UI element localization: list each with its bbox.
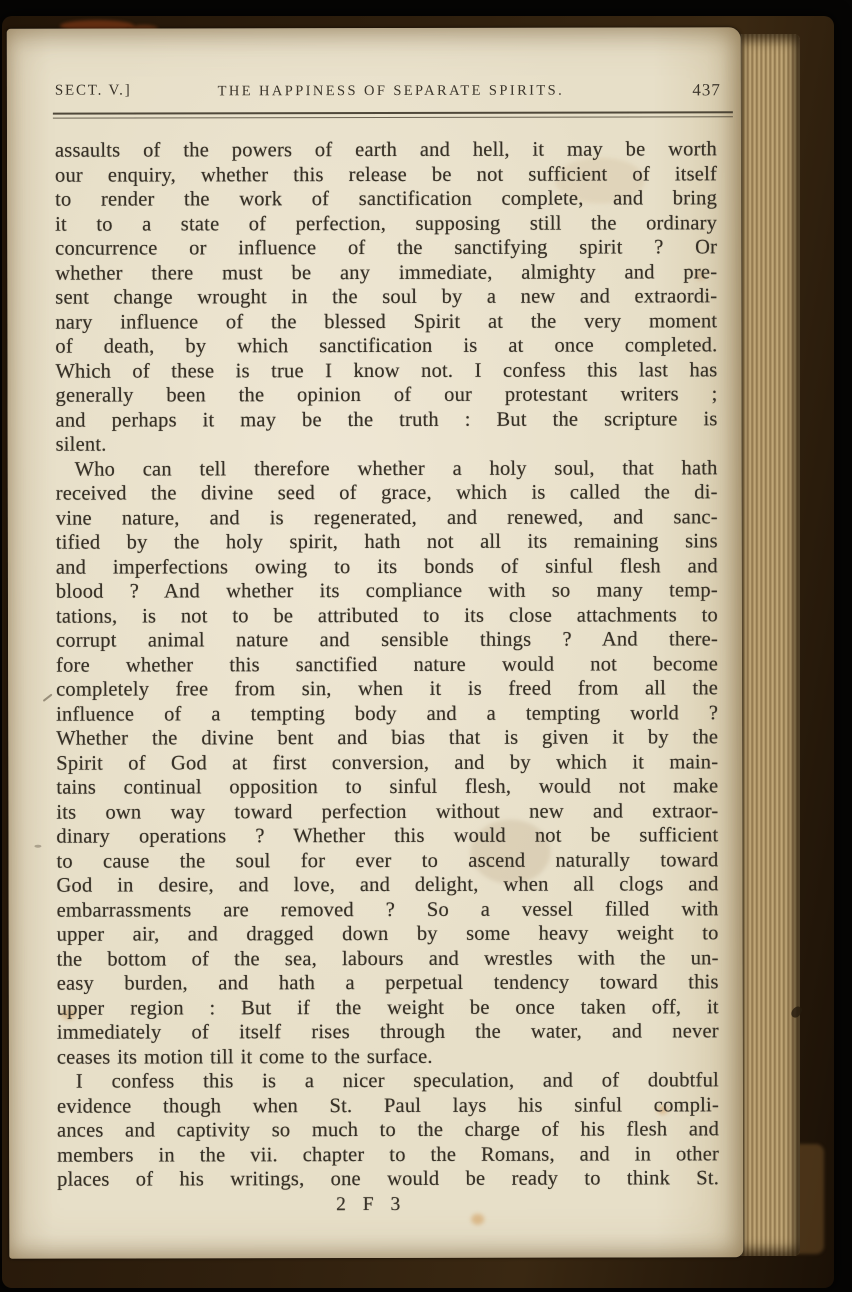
text-line: members in the vii. chapter to the Roman… [57, 1142, 719, 1168]
text-line: and imperfections owing to its bonds of … [56, 554, 718, 580]
text-line: ances and captivity so much to the charg… [57, 1117, 719, 1143]
text-line: evidence though when St. Paul lays his s… [57, 1093, 719, 1119]
text-line: concurrence or influence of the sanctify… [55, 235, 717, 261]
page-number: 437 [692, 80, 721, 100]
text-line: Spirit of God at first conversion, and b… [56, 750, 718, 776]
text-line: sent change wrought in the soul by a new… [55, 284, 717, 310]
text-line: and perhaps it may be the truth : But th… [56, 407, 718, 433]
text-line: immediately of itself rises through the … [57, 1019, 719, 1045]
paragraph: assaults of the powers of earth and hell… [55, 137, 718, 457]
paragraph: I confess this is a nicer speculation, a… [57, 1068, 719, 1192]
text-line: fore whether this sanctified nature woul… [56, 652, 718, 678]
text-line: completely free from sin, when it is fre… [56, 676, 718, 702]
text-line: to cause the soul for ever to ascend nat… [56, 848, 718, 874]
text-line: received the divine seed of grace, which… [56, 480, 718, 506]
text-line: the bottom of the sea, labours and wrest… [57, 946, 719, 972]
running-title: THE HAPPINESS OF SEPARATE SPIRITS. [55, 82, 727, 100]
text-line: tations, is not to be attributed to its … [56, 603, 718, 629]
text-line: vine nature, and is regenerated, and ren… [56, 505, 718, 531]
text-line: blood ? And whether its compliance with … [56, 578, 718, 604]
text-line: silent. [56, 431, 718, 457]
signature-mark: 2 F 3 [40, 1193, 702, 1216]
text-line: I confess this is a nicer speculation, a… [57, 1068, 719, 1094]
text-line: dinary operations ? Whether this would n… [56, 823, 718, 849]
text-line: ceases its motion till it come to the su… [57, 1044, 719, 1070]
text-line: Which of these is true I know not. I con… [55, 358, 717, 384]
text-line: to render the work of sanctification com… [55, 186, 717, 212]
text-line: corrupt animal nature and sensible thing… [56, 627, 718, 653]
text-line: tified by the holy spirit, hath not all … [56, 529, 718, 555]
text-line: whether there must be any immediate, alm… [55, 260, 717, 286]
text-line: our enquiry, whether this release be not… [55, 162, 717, 188]
text-line: upper air, and dragged down by some heav… [57, 921, 719, 947]
page-edges [740, 34, 800, 1256]
text-line: God in desire, and love, and delight, wh… [56, 872, 718, 898]
text-line: assaults of the powers of earth and hell… [55, 137, 717, 163]
text-line: nary influence of the blessed Spirit at … [55, 309, 717, 335]
text-line: generally been the opinion of our protes… [55, 382, 717, 408]
running-header: SECT. V.] THE HAPPINESS OF SEPARATE SPIR… [55, 81, 727, 104]
text-line: easy burden, and hath a perpetual tenden… [57, 970, 719, 996]
text-line: influence of a tempting body and a tempt… [56, 701, 718, 727]
text-line: Who can tell therefore whether a holy so… [56, 456, 718, 482]
header-rule [53, 111, 733, 122]
text-line: of death, by which sanctification is at … [55, 333, 717, 359]
text-line: upper region : But if the weight be once… [57, 995, 719, 1021]
book-photo: SECT. V.] THE HAPPINESS OF SEPARATE SPIR… [0, 0, 852, 1292]
book-page: SECT. V.] THE HAPPINESS OF SEPARATE SPIR… [7, 27, 744, 1259]
text-line: tains continual opposition to sinful fle… [56, 774, 718, 800]
text-line: it to a state of perfection, supposing s… [55, 211, 717, 237]
text-line: embarrassments are removed ? So a vessel… [57, 897, 719, 923]
text-line: places of his writings, one would be rea… [57, 1166, 719, 1192]
text-block: assaults of the powers of earth and hell… [55, 137, 719, 1192]
margin-mark [43, 694, 53, 702]
margin-mark [34, 845, 41, 848]
paragraph: Who can tell therefore whether a holy so… [56, 456, 719, 1070]
text-line: Whether the divine bent and bias that is… [56, 725, 718, 751]
text-line: its own way toward perfection without ne… [56, 799, 718, 825]
